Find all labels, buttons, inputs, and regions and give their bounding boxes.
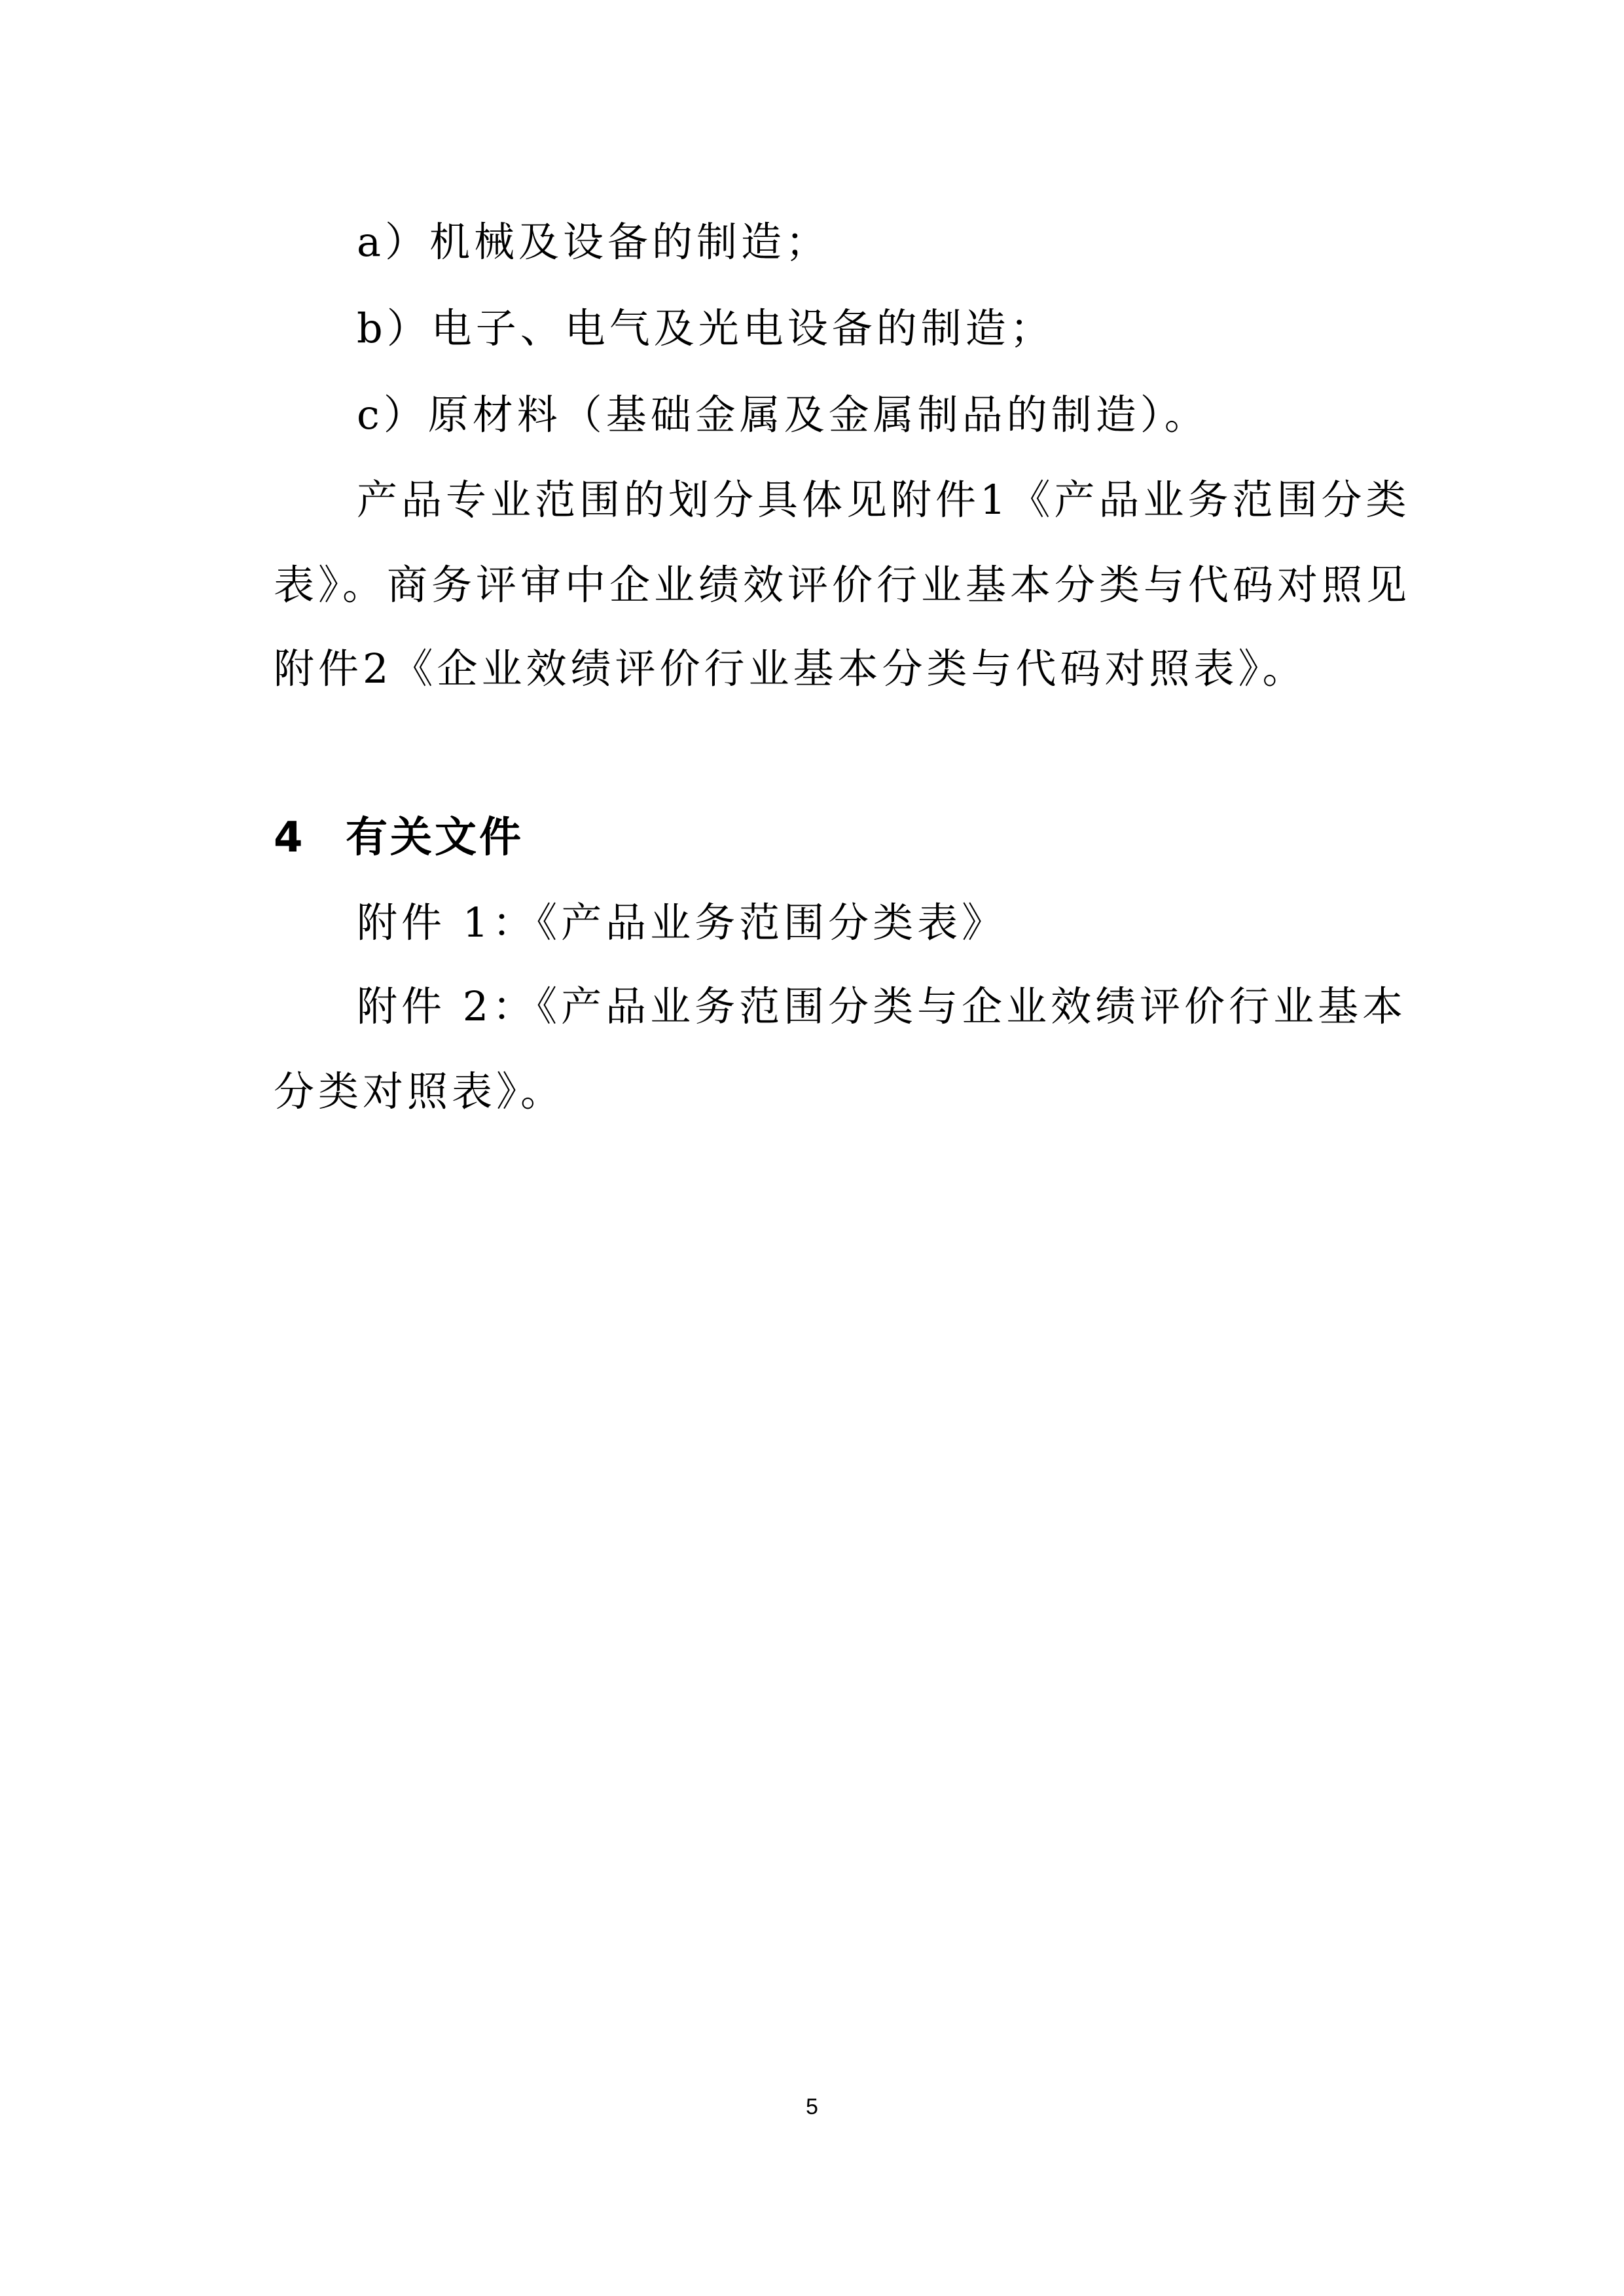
attachment-2-line-1: 附件 2：《产品业务范围分类与企业效绩评价行业基本 [357, 980, 1350, 1033]
list-marker: b） [357, 304, 431, 352]
section-title: 有关文件 [346, 814, 524, 862]
section-heading: 4有关文件 [274, 812, 524, 864]
list-marker: c） [357, 391, 428, 439]
list-text: 机械及设备的制造； [429, 218, 830, 266]
list-text: 原材料（基础金属及金属制品的制造）。 [428, 391, 1209, 439]
attachment-2-line-2: 分类对照表》。 [274, 1066, 565, 1118]
paragraph-line-3: 附件2《企业效绩评价行业基本分类与代码对照表》。 [274, 643, 1307, 695]
list-item-a: a）机械及设备的制造； [357, 216, 830, 268]
list-marker: a） [357, 218, 429, 266]
list-item-c: c）原材料（基础金属及金属制品的制造）。 [357, 389, 1209, 441]
list-item-b: b）电子、电气及光电设备的制造； [357, 302, 1055, 355]
paragraph-line-2: 表》。商务评审中企业绩效评价行业基本分类与代码对照见 [274, 559, 1350, 611]
page-number: 5 [0, 2094, 1624, 2120]
list-text: 电子、电气及光电设备的制造； [431, 304, 1055, 352]
paragraph-line-1: 产品专业范围的划分具体见附件1《产品业务范围分类 [357, 474, 1350, 526]
section-number: 4 [274, 812, 346, 864]
attachment-1: 附件 1：《产品业务范围分类表》 [357, 897, 1006, 949]
